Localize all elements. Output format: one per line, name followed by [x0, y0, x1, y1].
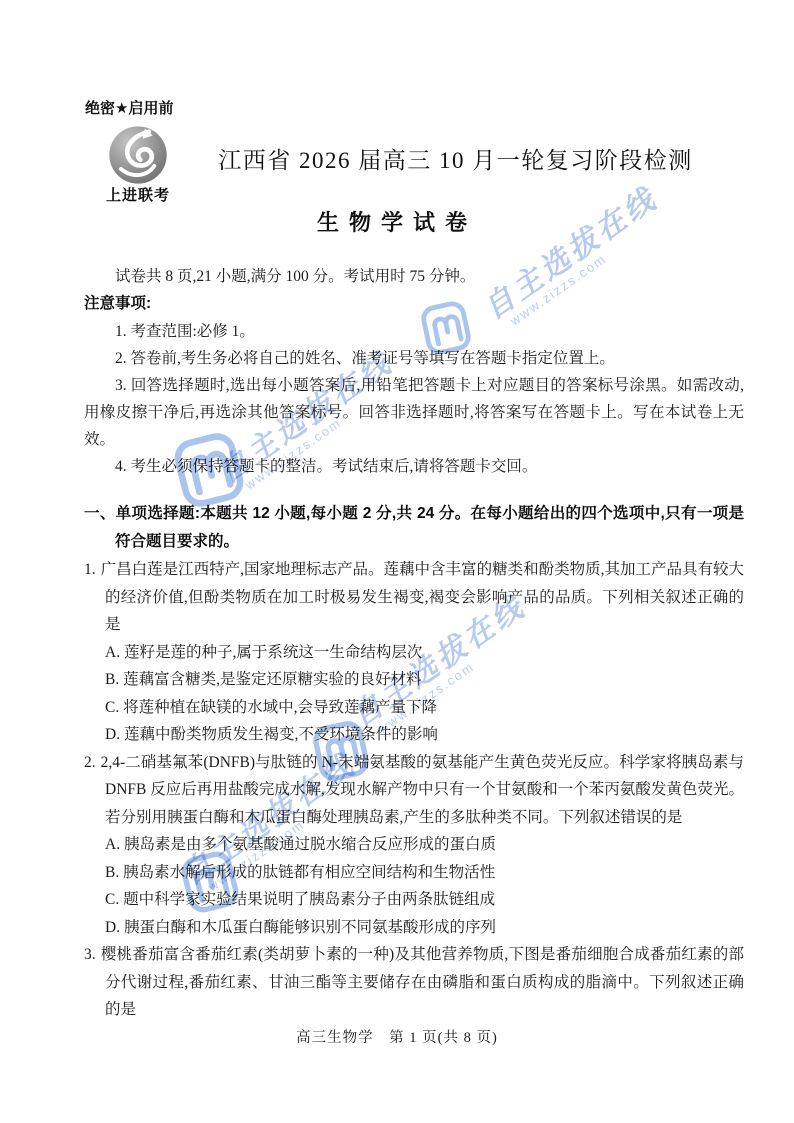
question-2: 2.2,4-二硝基氟苯(DNFB)与肽链的 N-末端氨基酸的氨基能产生黄色荧光反… — [84, 749, 744, 832]
page-footer: 高三生物学 第 1 页(共 8 页) — [0, 1026, 794, 1047]
question-2-option-a: A. 胰岛素是由多个氨基酸通过脱水缩合反应形成的蛋白质 — [84, 831, 744, 859]
question-1-option-b: B. 莲藕富含糖类,是鉴定还原糖实验的良好材料 — [84, 666, 744, 694]
question-3-stem: 樱桃番茄富含番茄红素(类胡萝卜素的一种)及其他营养物质,下图是番茄细胞合成番茄红… — [101, 946, 744, 1018]
page-title: 江西省 2026 届高三 10 月一轮复习阶段检测 — [168, 142, 743, 175]
classification-label: 绝密★启用前 — [85, 97, 173, 118]
question-3-number: 3. — [84, 946, 96, 963]
paper-meta-line: 试卷共 8 页,21 小题,满分 100 分。考试用时 75 分钟。 — [84, 263, 744, 290]
question-2-option-d: D. 胰蛋白酶和木瓜蛋白酶能够识别不同氨基酸形成的序列 — [84, 914, 744, 942]
brand-logo-icon — [107, 124, 169, 186]
question-3: 3.樱桃番茄富含番茄红素(类胡萝卜素的一种)及其他营养物质,下图是番茄细胞合成番… — [84, 941, 744, 1024]
page-subtitle: 生物学试卷 — [0, 206, 794, 237]
section-heading: 一、单项选择题:本题共 12 小题,每小题 2 分,共 24 分。在每小题给出的… — [84, 500, 744, 556]
question-2-option-b: B. 胰岛素水解后形成的肽链都有相应空间结构和生物活性 — [84, 859, 744, 887]
notice-heading: 注意事项: — [84, 290, 744, 318]
notice-item-1: 1. 考查范围:必修 1。 — [84, 318, 744, 345]
paper-body: 试卷共 8 页,21 小题,满分 100 分。考试用时 75 分钟。 注意事项:… — [84, 263, 744, 1024]
question-1: 1.广昌白莲是江西特产,国家地理标志产品。莲藕中含丰富的糖类和酚类物质,其加工产… — [84, 556, 744, 639]
question-2-option-c: C. 题中科学家实验结果说明了胰岛素分子由两条肽链组成 — [84, 886, 744, 914]
question-1-option-a: A. 莲籽是莲的种子,属于系统这一生命结构层次 — [84, 639, 744, 667]
brand-name: 上进联考 — [96, 184, 180, 205]
notice-item-2: 2. 答卷前,考生务必将自己的姓名、准考证号等填写在答题卡指定位置上。 — [84, 345, 744, 372]
notice-item-3: 3. 回答选择题时,选出每小题答案后,用铅笔把答题卡上对应题目的答案标号涂黑。如… — [84, 372, 744, 453]
question-1-option-c: C. 将莲种植在缺镁的水域中,会导致莲藕产量下降 — [84, 694, 744, 722]
question-1-stem: 广昌白莲是江西特产,国家地理标志产品。莲藕中含丰富的糖类和酚类物质,其加工产品具… — [101, 561, 744, 633]
exam-paper-page: 绝密★启用前 上进联考 江西省 2026 届高三 10 月一轮复习阶段检测 生物… — [0, 0, 794, 1123]
question-2-number: 2. — [84, 754, 96, 771]
question-2-stem: 2,4-二硝基氟苯(DNFB)与肽链的 N-末端氨基酸的氨基能产生黄色荧光反应。… — [101, 754, 744, 826]
question-1-number: 1. — [84, 561, 96, 578]
question-1-option-d: D. 莲藕中酚类物质发生褐变,不受环境条件的影响 — [84, 721, 744, 749]
notice-item-4: 4. 考生必须保持答题卡的整洁。考试结束后,请将答题卡交回。 — [84, 453, 744, 480]
